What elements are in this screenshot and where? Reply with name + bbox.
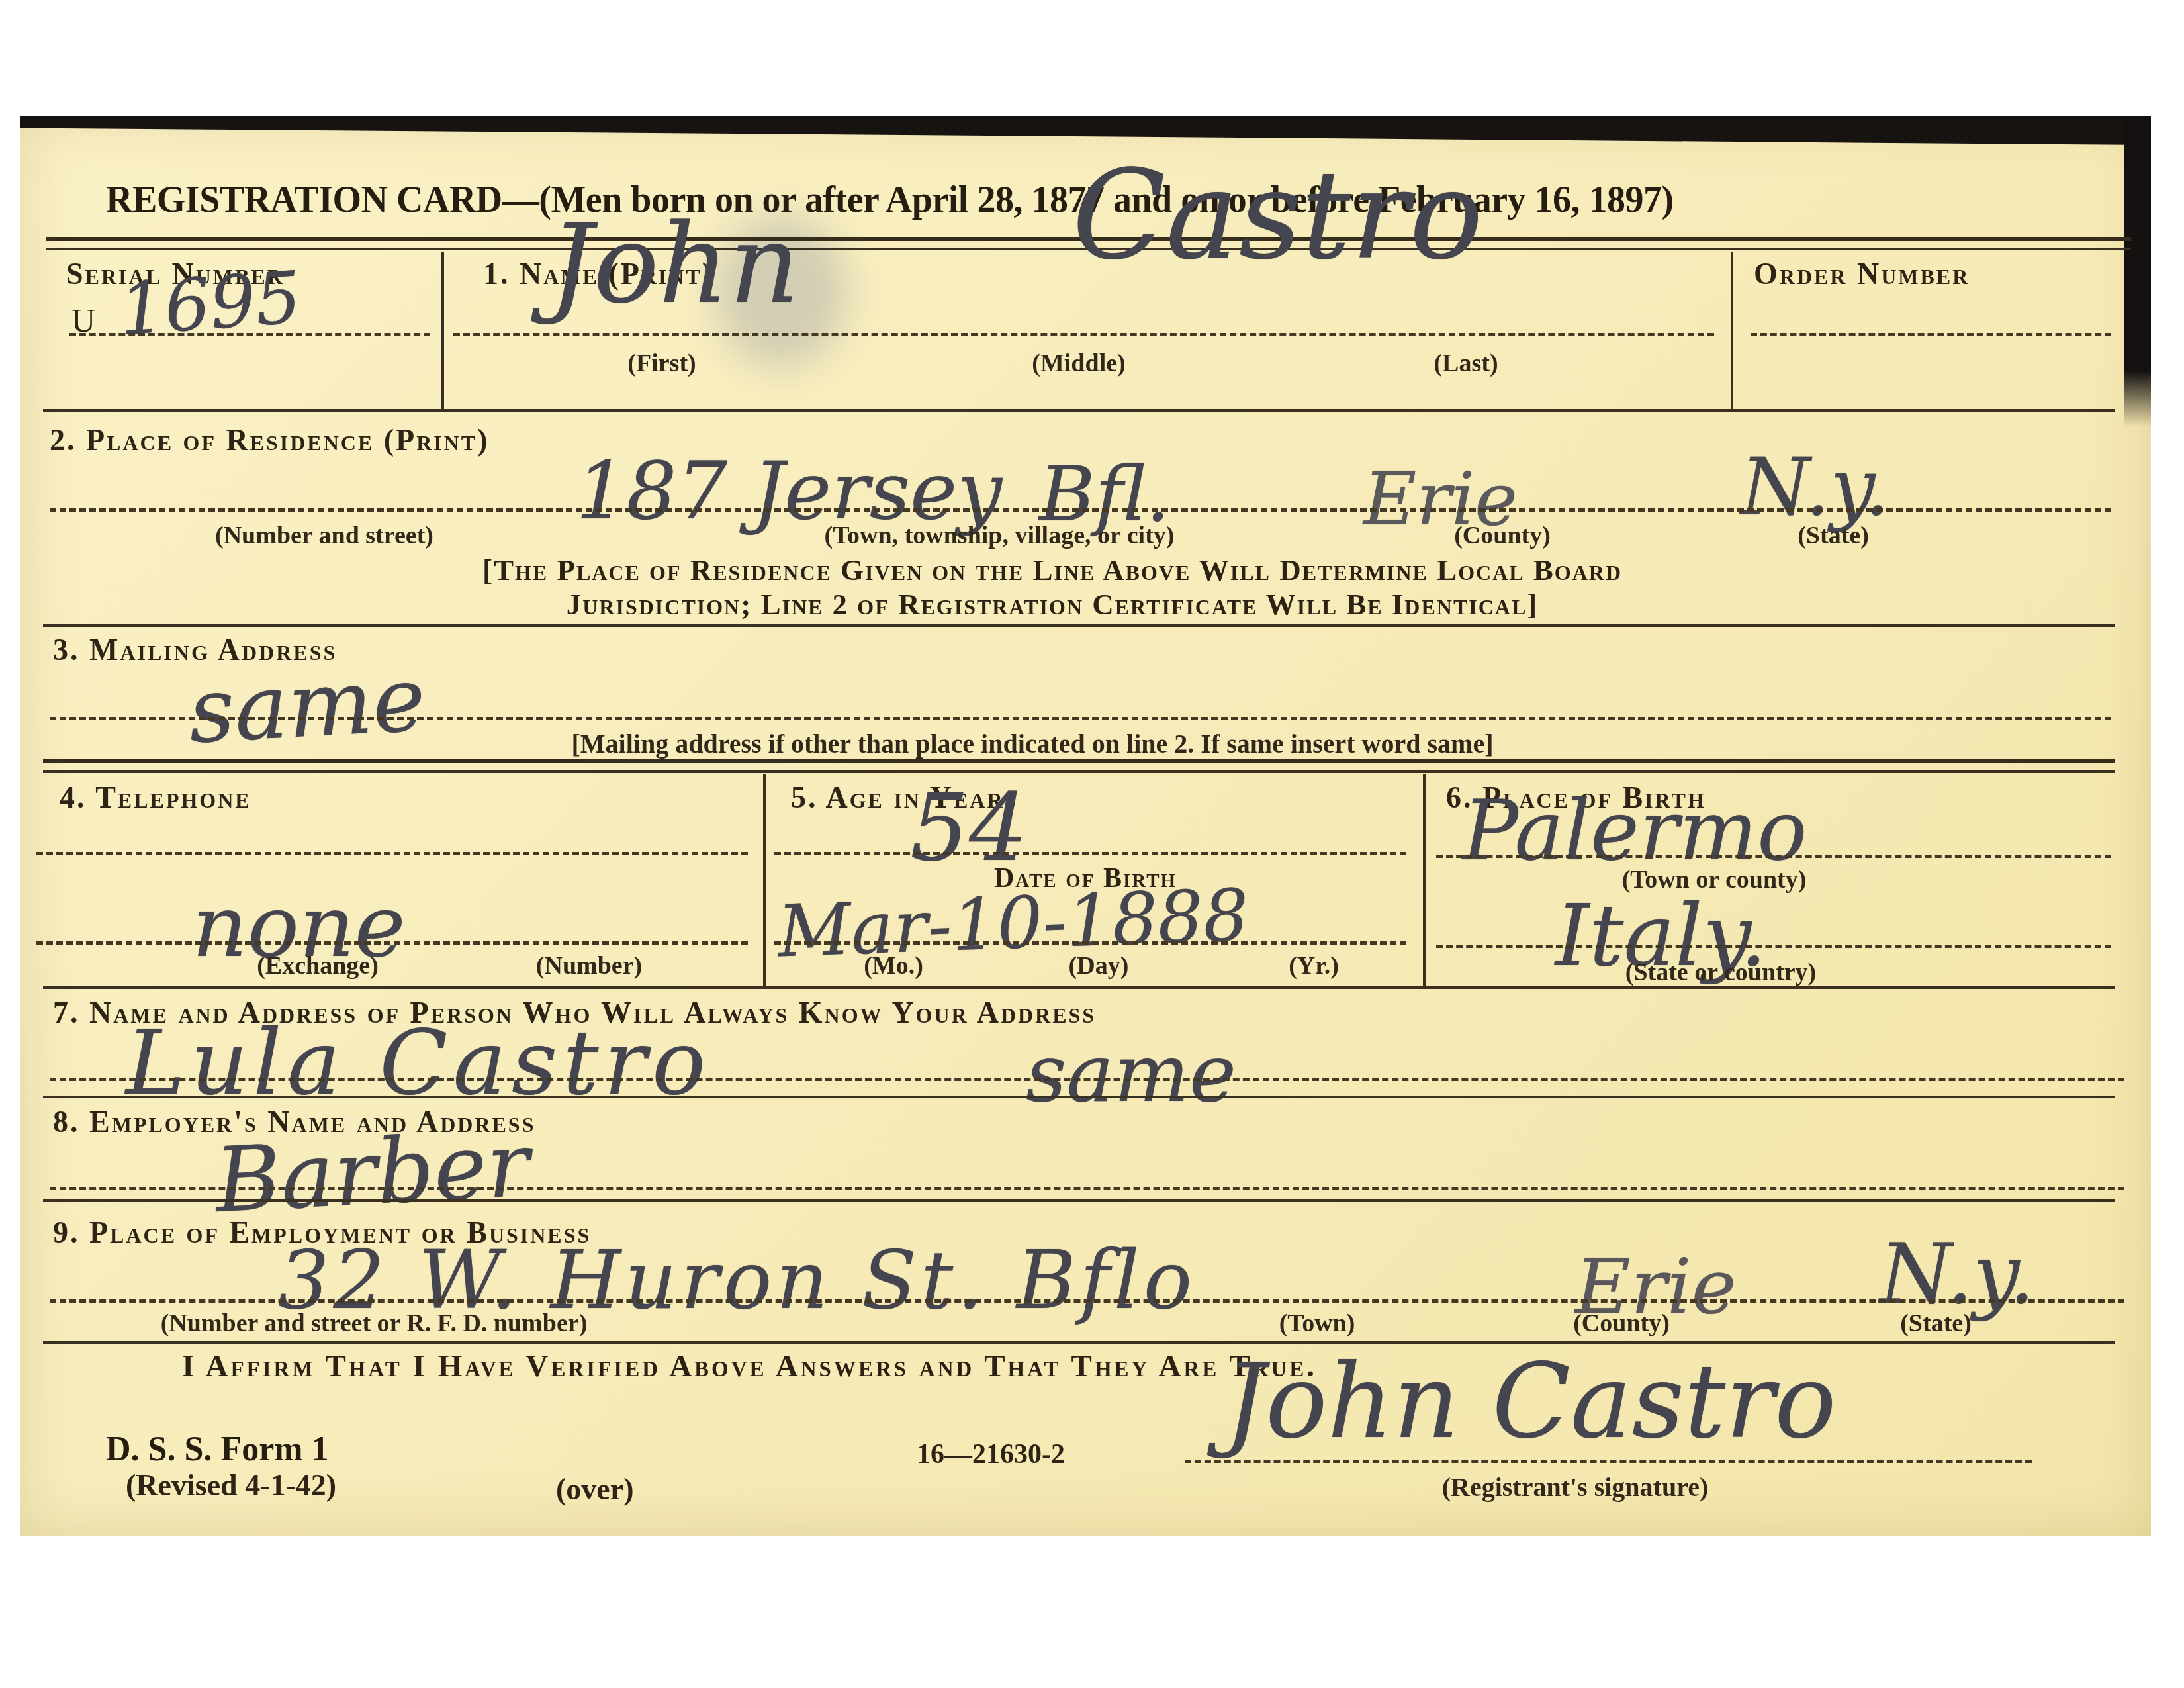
serial-line	[69, 333, 430, 336]
contact-name-value: Lula Castro	[126, 1011, 711, 1115]
birth-country-line	[1436, 945, 2111, 948]
residence-town-sublabel: (Town, township, village, or city)	[825, 521, 1175, 550]
employment-state-sublabel: (State)	[1900, 1309, 1972, 1338]
mailing-line	[50, 717, 2111, 720]
section6-rule	[43, 986, 2115, 989]
divider-age-birth	[1423, 774, 1426, 988]
name-last-value: Castro	[1072, 144, 1483, 287]
print-code: 16—21630-2	[917, 1438, 1065, 1470]
form-number: D. S. S. Form 1	[106, 1430, 329, 1469]
registrant-signature-value: John Castro	[1224, 1342, 1837, 1462]
divider-tel-age	[763, 774, 766, 988]
employment-county-sublabel: (County)	[1573, 1309, 1670, 1338]
mo-sublabel: (Mo.)	[864, 951, 923, 980]
residence-county-sublabel: (County)	[1454, 521, 1551, 550]
last-sublabel: (Last)	[1433, 349, 1498, 378]
scan-right-edge	[2124, 116, 2151, 427]
middle-sublabel: (Middle)	[1032, 349, 1125, 378]
employment-street-sublabel: (Number and street or R. F. D. number)	[161, 1309, 588, 1338]
residence-street-sublabel: (Number and street)	[215, 521, 433, 550]
form-revision: (Revised 4-1-42)	[126, 1468, 336, 1503]
exchange-sublabel: (Exchange)	[257, 951, 379, 980]
telephone-line2	[36, 941, 748, 945]
residence-label: 2. Place of Residence (Print)	[50, 422, 490, 457]
name-line	[453, 333, 1714, 336]
employer-line	[50, 1187, 2124, 1190]
name-first-value: John	[549, 201, 799, 328]
order-number-label: Order Number	[1754, 256, 1970, 291]
employment-line	[50, 1299, 2124, 1303]
telephone-line1	[36, 852, 748, 855]
signature-sublabel: (Registrant's signature)	[1442, 1472, 1709, 1503]
signature-line	[1185, 1460, 2032, 1463]
scan-top-edge	[20, 116, 2151, 145]
residence-note-line1: [The Place of Residence Given on the Lin…	[482, 553, 1622, 587]
mailing-rule-bottom	[43, 770, 2115, 773]
residence-line	[50, 508, 2111, 512]
mailing-note: [Mailing address if other than place ind…	[572, 728, 1494, 759]
mailing-rule-top	[43, 759, 2115, 763]
contact-line	[50, 1078, 2124, 1081]
birth-country-sublabel: (State or country)	[1625, 958, 1816, 987]
affirmation-text: I Affirm That I Have Verified Above Answ…	[182, 1348, 1317, 1384]
registration-card: REGISTRATION CARD—(Men born on or after …	[20, 116, 2151, 1536]
number-sublabel: (Number)	[536, 951, 642, 980]
residence-note-line2: Jurisdiction; Line 2 of Registration Cer…	[567, 587, 1539, 622]
first-sublabel: (First)	[627, 349, 696, 378]
residence-rule	[43, 624, 2115, 627]
contact-same-value: same	[1026, 1028, 1236, 1120]
row1-rule	[43, 409, 2115, 412]
dob-line	[774, 941, 1406, 945]
order-line	[1751, 333, 2111, 336]
birth-town-line	[1436, 855, 2111, 858]
telephone-label: 4. Telephone	[60, 780, 251, 815]
dob-value: Mar-10-1888	[776, 874, 1250, 974]
residence-state-sublabel: (State)	[1797, 521, 1869, 550]
yr-sublabel: (Yr.)	[1289, 951, 1339, 980]
divider-serial-name	[441, 252, 444, 410]
section7-rule	[43, 1096, 2115, 1098]
divider-name-order	[1731, 252, 1733, 410]
serial-number-value: 1695	[116, 257, 304, 352]
age-line	[774, 852, 1406, 855]
over-note: (over)	[556, 1472, 633, 1507]
scanned-page: REGISTRATION CARD—(Men born on or after …	[0, 0, 2184, 1688]
day-sublabel: (Day)	[1069, 951, 1129, 980]
mailing-value: same	[186, 647, 428, 764]
residence-state-value: N.y.	[1741, 442, 1889, 534]
employment-town-sublabel: (Town)	[1279, 1309, 1355, 1338]
section8-rule	[43, 1199, 2115, 1202]
